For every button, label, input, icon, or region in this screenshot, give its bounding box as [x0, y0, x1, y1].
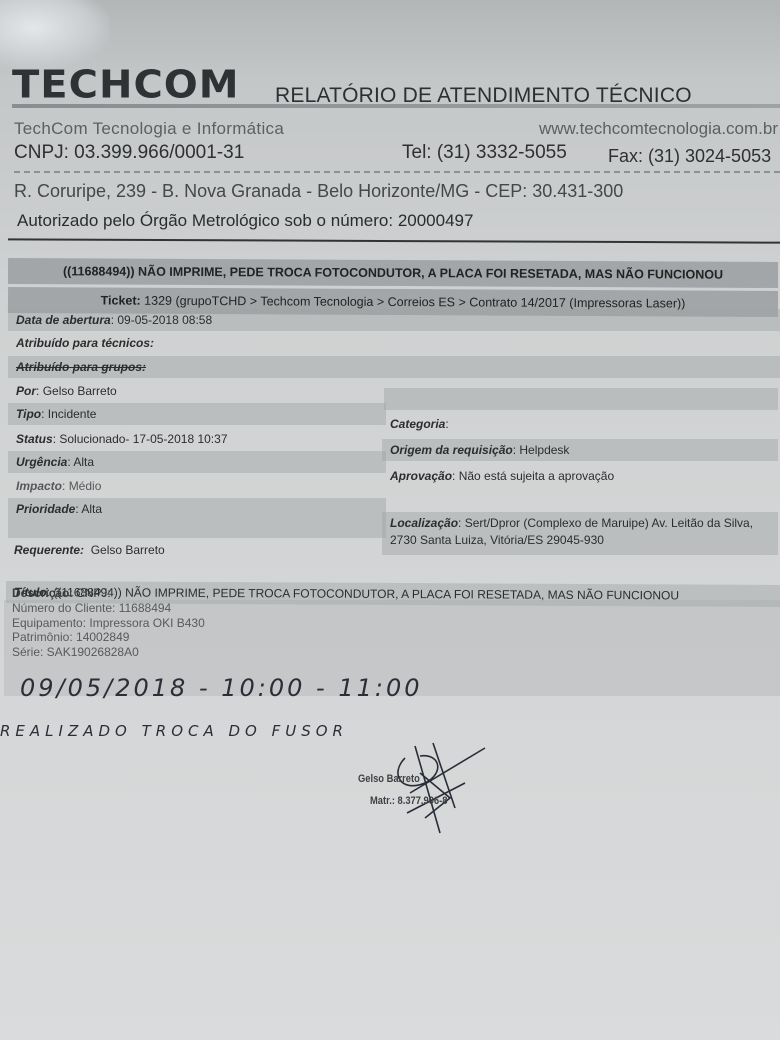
techcom-logo: TECHCOM [12, 63, 240, 107]
field-type: Tipo: Incidente [8, 403, 386, 425]
signature-name: Gelso Barreto [358, 773, 420, 785]
signature-scribble [385, 738, 495, 838]
description-first-line: Descrição: CNPJ: [12, 586, 612, 601]
ticket-headline: ((11688494)) NÃO IMPRIME, PEDE TROCA FOT… [8, 258, 778, 288]
field-assigned-groups: Atribuído para grupos: [8, 356, 780, 378]
field-assigned-technicians: Atribuído para técnicos: [8, 332, 780, 354]
field-right-blank [384, 388, 778, 410]
field-impact: Impacto: Médio [8, 475, 386, 497]
ticket-value: 1329 (grupoTCHD > Techcom Tecnologia > C… [144, 294, 685, 311]
field-urgency: Urgência: Alta [8, 451, 386, 473]
report-paper: TECHCOM RELATÓRIO DE ATENDIMENTO TÉCNICO… [0, 0, 780, 1040]
handwritten-service-note: REALIZADO TROCA DO FUSOR [0, 722, 348, 740]
field-category: Categoria: [382, 413, 778, 435]
header-divider [8, 238, 780, 243]
paper-fold [0, 0, 110, 70]
field-requester: Requerente: Gelso Barreto [6, 539, 384, 561]
dashed-divider [14, 171, 780, 173]
company-website: www.techcomtecnologia.com.br [539, 119, 778, 139]
field-by: Por: Gelso Barreto [8, 380, 386, 402]
field-approval: Aprovação: Não está sujeita a aprovação [382, 465, 778, 487]
company-cnpj: CNPJ: 03.399.966/0001-31 [14, 142, 244, 164]
metrology-authorization: Autorizado pelo Órgão Metrológico sob o … [17, 211, 473, 231]
field-status: Status: Solucionado- 17-05-2018 10:37 [8, 428, 386, 450]
company-name: TechCom Tecnologia e Informática [14, 119, 284, 139]
company-address: R. Coruripe, 239 - B. Nova Granada - Bel… [14, 181, 623, 202]
field-opening-date: Data de abertura: 09-05-2018 08:58 [8, 309, 780, 331]
signature-registration: Matr.: 8.377.906-8 [370, 795, 447, 807]
company-fax: Fax: (31) 3024-5053 [608, 146, 771, 167]
report-title: RELATÓRIO DE ATENDIMENTO TÉCNICO [275, 84, 692, 108]
field-priority: Prioridade: Alta [8, 498, 386, 538]
company-tel: Tel: (31) 3332-5055 [402, 142, 567, 164]
handwritten-date-time: 09/05/2018 - 10:00 - 11:00 [20, 674, 423, 702]
field-request-origin: Origem da requisição: Helpdesk [382, 439, 778, 461]
ticket-label: Ticket: [101, 293, 141, 307]
field-location: Localização: Sert/Dpror (Complexo de Mar… [382, 512, 778, 555]
